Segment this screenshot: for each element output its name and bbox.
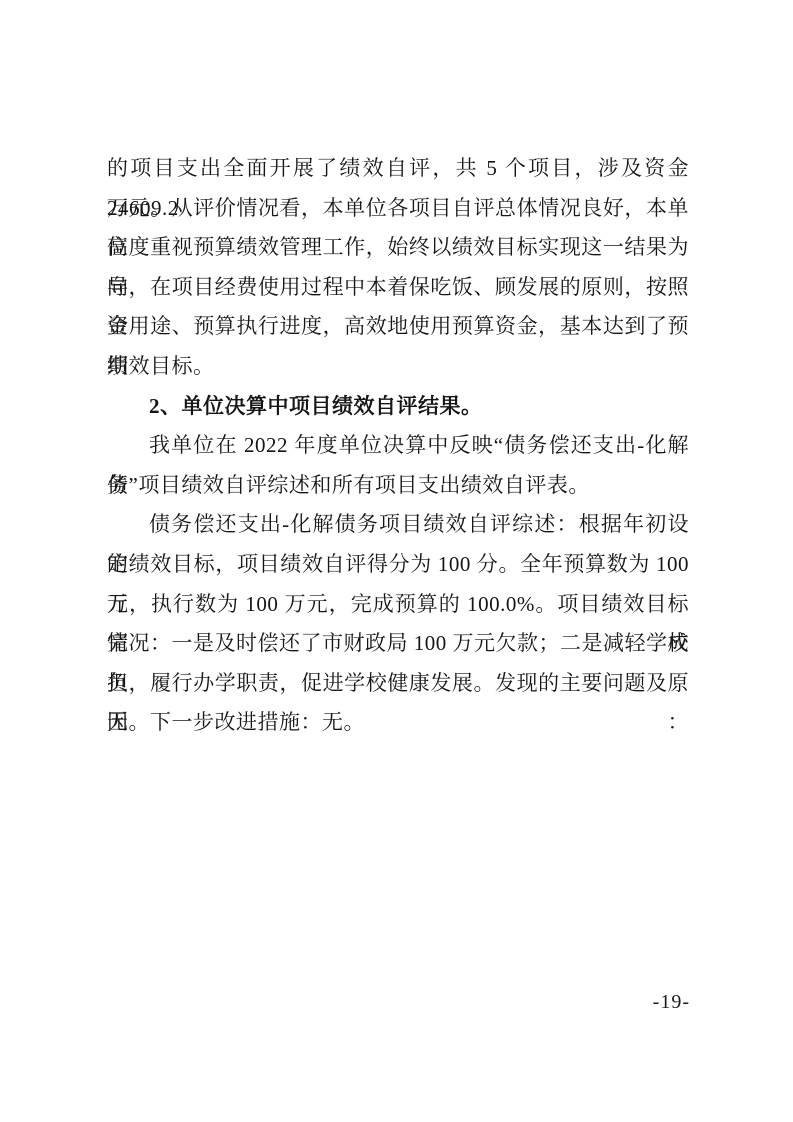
document-body: 的项目支出全面开展了绩效自评，共 5 个项目，涉及资金 24609.2 万元。从…	[107, 149, 689, 743]
text-line: 我单位在 2022 年度单位决算中反映“债务偿还支出-化解债	[107, 426, 689, 466]
text-line: 向，在项目经费使用过程中本着保吃饭、顾发展的原则，按照资	[107, 268, 689, 308]
text-line: 绩效目标。	[107, 347, 689, 387]
text-line: 的绩效目标，项目绩效自评得分为 100 分。全年预算数为 100 万	[107, 545, 689, 585]
page-number: -19-	[653, 991, 690, 1014]
text-line: 元，执行数为 100 万元，完成预算的 100.0%。项目绩效目标完成	[107, 585, 689, 625]
text-line: 情况：一是及时偿还了市财政局 100 万元欠款；二是减轻学校负	[107, 624, 689, 664]
section-heading: 2、单位决算中项目绩效自评结果。	[107, 387, 689, 427]
text-line: 金用途、预算执行进度，高效地使用预算资金，基本达到了预期	[107, 307, 689, 347]
text-line: 债务偿还支出-化解债务项目绩效自评综述：根据年初设定	[107, 505, 689, 545]
text-line: 务”项目绩效自评综述和所有项目支出绩效自评表。	[107, 466, 689, 506]
text-line: 担，履行办学职责，促进学校健康发展。发现的主要问题及原因：	[107, 664, 689, 704]
text-line: 高度重视预算绩效管理工作，始终以绩效目标实现这一结果为导	[107, 228, 689, 268]
document-page: 的项目支出全面开展了绩效自评，共 5 个项目，涉及资金 24609.2 万元。从…	[0, 0, 793, 1122]
text-line: 万元。从评价情况看，本单位各项目自评总体情况良好，本单位	[107, 189, 689, 229]
text-line: 的项目支出全面开展了绩效自评，共 5 个项目，涉及资金 24609.2	[107, 149, 689, 189]
